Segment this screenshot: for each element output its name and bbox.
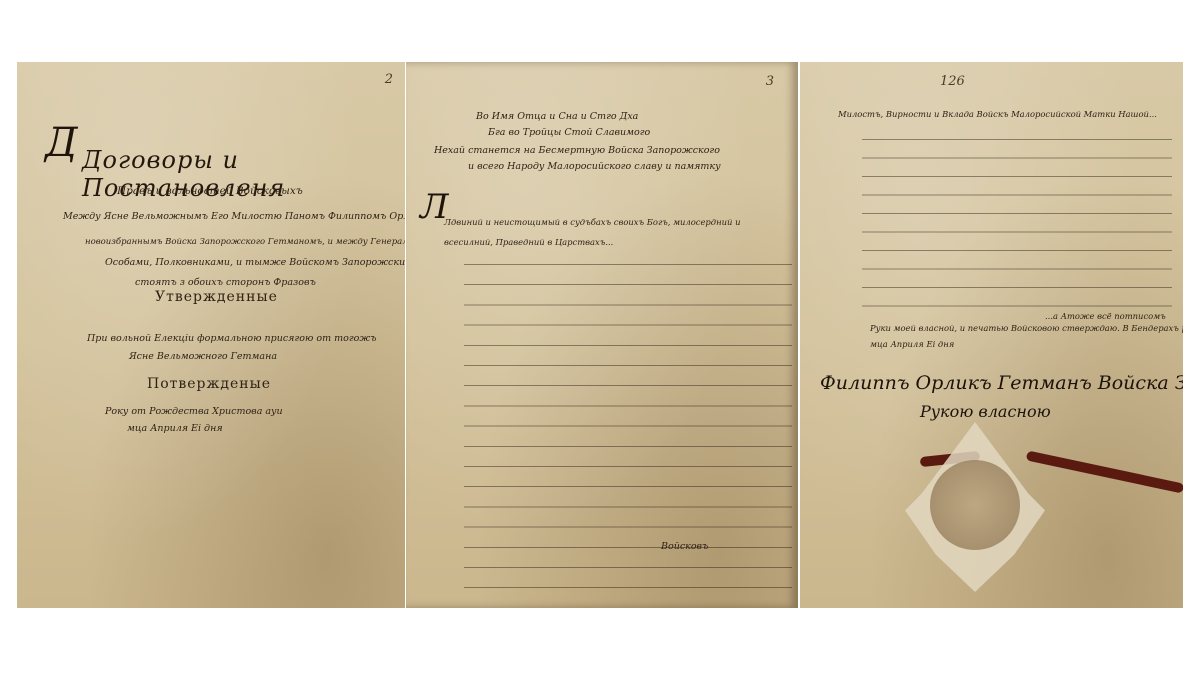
text-line: мца Априля Еi дня (870, 340, 954, 348)
text-line: Нехай станется на Бесмертную Войска Запо… (434, 146, 720, 156)
ornamental-initial: Д (45, 120, 78, 166)
folio-number: 126 (940, 74, 965, 89)
body-text (862, 128, 1172, 308)
manuscript-page-1: 2 Д Договоры и Постановленя Правъ и воль… (17, 62, 405, 608)
text-line: Во Имя Отца и Сна и Стго Дха (476, 112, 638, 122)
signature-line-2: Рукою власною (920, 402, 1051, 421)
manuscript-page-3: 126 Милостъ, Вирности и Вклада Войскъ Ма… (800, 62, 1183, 608)
text-line: новоизбраннымъ Войска Запорожского Гетма… (85, 238, 405, 247)
text-line: Милостъ, Вирности и Вклада Войскъ Малоро… (838, 110, 1157, 118)
text-line: Бга во Тройцы Стой Славимого (488, 128, 650, 138)
body-text: Лдвиний и неистощимый в судъбахъ своихъ … (444, 212, 792, 592)
text-line: стоятъ з обоихъ сторонъ Фразовъ (135, 278, 316, 288)
seal-cord (1026, 450, 1183, 493)
text-line: Утвержденные (155, 290, 278, 304)
folio-number: 3 (766, 74, 774, 89)
text-line: ...а Атоже всё потписомъ (1045, 312, 1166, 320)
text-line: Ясне Вельможного Гетмана (129, 352, 277, 362)
wax-seal-icon (905, 422, 1045, 592)
signature-line-1: Филиппъ Орликъ Гетманъ Войска Запорожско… (820, 372, 1183, 394)
text-line: Войсковъ (661, 542, 708, 552)
text-line: Року от Рождества Христова ауи (105, 407, 283, 417)
manuscript-page-2: 3 Во Имя Отца и Сна и Стго Дха Бга во Тр… (406, 62, 798, 608)
folio-number: 2 (385, 72, 393, 87)
text-line: и всего Народу Малоросийского славу и па… (468, 162, 721, 172)
document-subtitle: Правъ и вольностей Войсковыхъ (117, 186, 303, 197)
text-line: При вольной Елекцiи формальною присягою … (87, 334, 377, 344)
text-line: Руки моей власной, и печатью Войсковою с… (870, 324, 1183, 332)
text-line: мца Априля Еi дня (127, 424, 223, 434)
text-line: Особами, Полковниками, и тымже Войскомъ … (105, 258, 405, 268)
text-line: Потвержденые (147, 377, 271, 391)
text-line: Между Ясне Вельможнымъ Его Милостю Паном… (63, 212, 405, 222)
